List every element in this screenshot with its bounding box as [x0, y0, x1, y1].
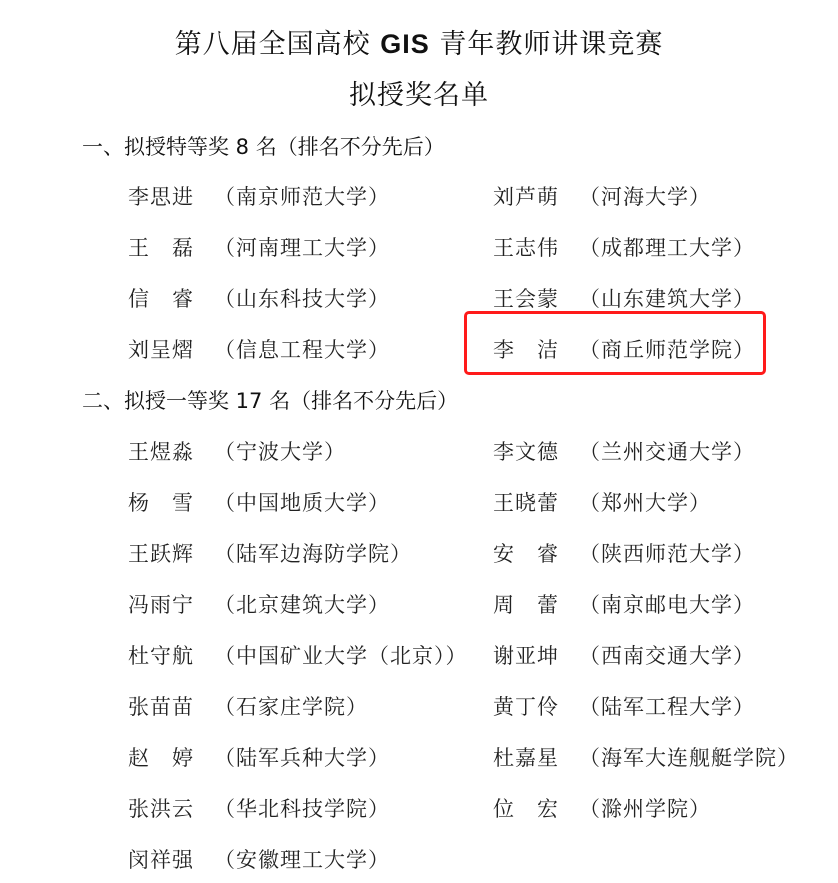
- award-entry: 王晓蕾（郑州大学）: [493, 487, 711, 517]
- section-heading-first-prize: 二、拟授一等奖 17 名（排名不分先后）: [82, 385, 458, 415]
- awardee-name: 周 蕾: [493, 589, 579, 619]
- awardee-affiliation: （陆军工程大学）: [579, 695, 755, 719]
- awardee-affiliation: （石家庄学院）: [214, 695, 368, 719]
- award-entry: 安 睿（陕西师范大学）: [493, 538, 755, 568]
- award-entry: 王志伟（成都理工大学）: [493, 232, 755, 262]
- document-title: 第八届全国高校 GIS 青年教师讲课竞赛: [0, 22, 838, 61]
- awardee-affiliation: （南京邮电大学）: [579, 593, 755, 617]
- award-entry: 刘芦萌（河海大学）: [493, 181, 711, 211]
- awardee-affiliation: （山东科技大学）: [214, 287, 390, 311]
- awardee-affiliation: （河海大学）: [579, 185, 711, 209]
- awardee-affiliation: （西南交通大学）: [579, 644, 755, 668]
- awardee-name: 杨 雪: [128, 487, 214, 517]
- award-entry: 杜嘉星（海军大连舰艇学院）: [493, 742, 799, 772]
- awardee-name: 杜守航: [128, 640, 214, 670]
- awardee-name: 王煜淼: [128, 436, 214, 466]
- awardee-name: 张苗苗: [128, 691, 214, 721]
- awardee-name: 刘芦萌: [493, 181, 579, 211]
- award-entry: 黄丁伶（陆军工程大学）: [493, 691, 755, 721]
- awardee-name: 安 睿: [493, 538, 579, 568]
- awardee-affiliation: （华北科技学院）: [214, 797, 390, 821]
- award-entry: 王跃辉（陆军边海防学院）: [128, 538, 412, 568]
- award-entry: 张苗苗（石家庄学院）: [128, 691, 368, 721]
- awardee-name: 黄丁伶: [493, 691, 579, 721]
- awardee-affiliation: （陆军兵种大学）: [214, 746, 390, 770]
- awardee-name: 李文德: [493, 436, 579, 466]
- awardee-affiliation: （南京师范大学）: [214, 185, 390, 209]
- awardee-name: 赵 婷: [128, 742, 214, 772]
- award-entry-highlighted: 李 洁（商丘师范学院）: [493, 334, 755, 364]
- award-entry: 李思进（南京师范大学）: [128, 181, 390, 211]
- awardee-name: 信 睿: [128, 283, 214, 313]
- award-entry: 张洪云（华北科技学院）: [128, 793, 390, 823]
- title-text-part2: 青年教师讲课竞赛: [439, 29, 663, 60]
- document-subtitle: 拟授奖名单: [0, 73, 838, 112]
- awardee-name: 王志伟: [493, 232, 579, 262]
- award-entry: 周 蕾（南京邮电大学）: [493, 589, 755, 619]
- awardee-name: 王 磊: [128, 232, 214, 262]
- awardee-name: 张洪云: [128, 793, 214, 823]
- awardee-name: 杜嘉星: [493, 742, 579, 772]
- awardee-name: 王晓蕾: [493, 487, 579, 517]
- awardee-affiliation: （陕西师范大学）: [579, 542, 755, 566]
- award-entry: 信 睿（山东科技大学）: [128, 283, 390, 313]
- awardee-affiliation: （兰州交通大学）: [579, 440, 755, 464]
- awardee-affiliation: （成都理工大学）: [579, 236, 755, 260]
- awardee-name: 王会蒙: [493, 283, 579, 313]
- awardee-affiliation: （海军大连舰艇学院）: [579, 746, 799, 770]
- awardee-name: 闵祥强: [128, 844, 214, 874]
- title-text-part1: 第八届全国高校: [175, 29, 371, 60]
- award-entry: 杜守航（中国矿业大学（北京））: [128, 640, 468, 670]
- awardee-affiliation: （山东建筑大学）: [579, 287, 755, 311]
- awardee-affiliation: （中国矿业大学（北京））: [214, 644, 468, 668]
- award-entry: 王会蒙（山东建筑大学）: [493, 283, 755, 313]
- awardee-name: 王跃辉: [128, 538, 214, 568]
- awardee-name: 位 宏: [493, 793, 579, 823]
- awardee-affiliation: （河南理工大学）: [214, 236, 390, 260]
- awardee-name: 李思进: [128, 181, 214, 211]
- awardee-affiliation: （郑州大学）: [579, 491, 711, 515]
- awardee-name: 刘呈熠: [128, 334, 214, 364]
- awardee-name: 谢亚坤: [493, 640, 579, 670]
- award-entry: 王 磊（河南理工大学）: [128, 232, 390, 262]
- award-entry: 位 宏（滁州学院）: [493, 793, 711, 823]
- title-text-gis: GIS: [380, 29, 430, 59]
- award-entry: 杨 雪（中国地质大学）: [128, 487, 390, 517]
- award-entry: 李文德（兰州交通大学）: [493, 436, 755, 466]
- award-entry: 谢亚坤（西南交通大学）: [493, 640, 755, 670]
- awardee-affiliation: （中国地质大学）: [214, 491, 390, 515]
- awardee-name: 李 洁: [493, 334, 579, 364]
- awardee-affiliation: （信息工程大学）: [214, 338, 390, 362]
- awardee-affiliation: （滁州学院）: [579, 797, 711, 821]
- section-heading-special-prize: 一、拟授特等奖 8 名（排名不分先后）: [82, 131, 445, 161]
- awardee-name: 冯雨宁: [128, 589, 214, 619]
- awardee-affiliation: （宁波大学）: [214, 440, 346, 464]
- award-entry: 王煜淼（宁波大学）: [128, 436, 346, 466]
- award-entry: 冯雨宁（北京建筑大学）: [128, 589, 390, 619]
- awardee-affiliation: （安徽理工大学）: [214, 848, 390, 872]
- award-entry: 刘呈熠（信息工程大学）: [128, 334, 390, 364]
- awardee-affiliation: （商丘师范学院）: [579, 338, 755, 362]
- awardee-affiliation: （北京建筑大学）: [214, 593, 390, 617]
- award-entry: 赵 婷（陆军兵种大学）: [128, 742, 390, 772]
- awardee-affiliation: （陆军边海防学院）: [214, 542, 412, 566]
- award-entry: 闵祥强（安徽理工大学）: [128, 844, 390, 874]
